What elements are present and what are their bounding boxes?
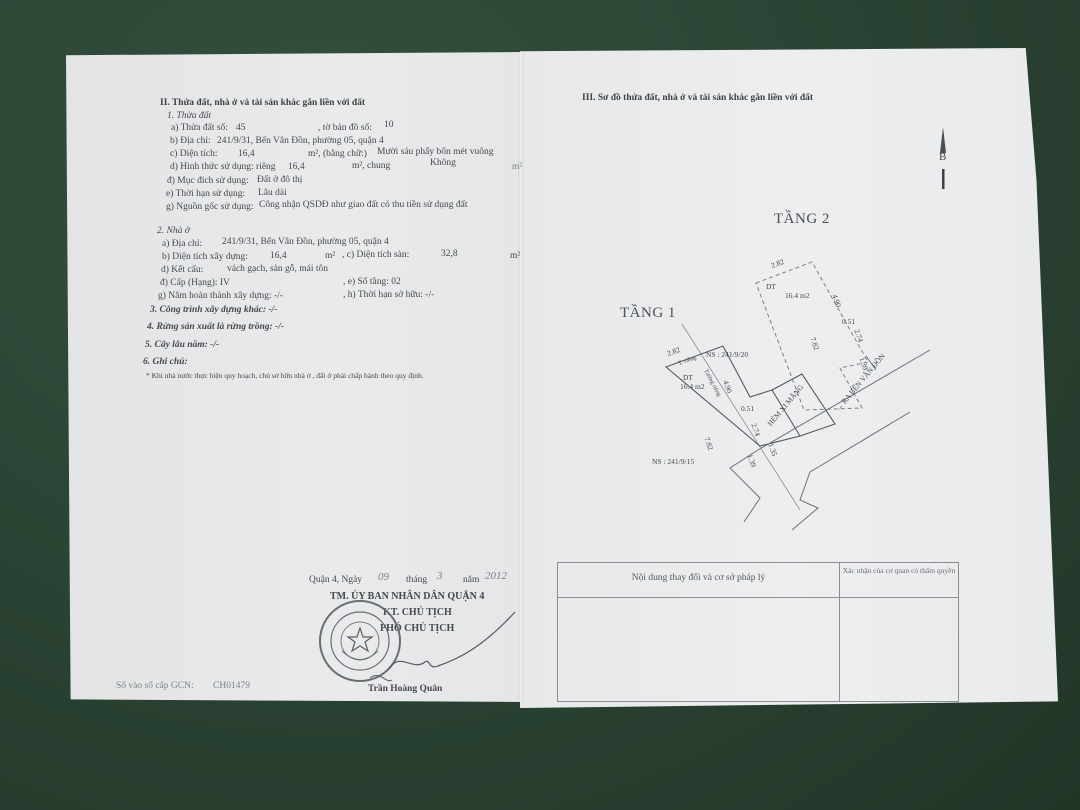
date-year: 2012 bbox=[485, 571, 507, 582]
north-label: B bbox=[939, 152, 946, 163]
floor1-dim-offset: 0.51 bbox=[741, 405, 754, 413]
neighbor-north: NS : 241/9/20 bbox=[706, 351, 748, 359]
floor1-area: 16.4 m2 bbox=[680, 383, 705, 391]
floor2-area: 16.4 m2 bbox=[785, 292, 810, 300]
house-heading: 2. Nhà ở bbox=[157, 227, 190, 237]
house-address-label: a) Địa chỉ: bbox=[162, 240, 202, 250]
date-day: 09 bbox=[378, 572, 389, 583]
house-grade: đ) Cấp (Hạng): IV bbox=[160, 279, 230, 289]
signer-name: Trần Hoàng Quân bbox=[368, 685, 442, 695]
usage-origin-label: g) Nguồn gốc sử dụng: bbox=[166, 203, 253, 213]
other-construction: 3. Công trình xây dựng khác: -/- bbox=[150, 306, 277, 316]
notes-text: * Khi nhà nước thực hiện quy hoạch, chủ … bbox=[146, 372, 424, 380]
land-area: 16,4 bbox=[238, 150, 255, 160]
land-address: 241/9/31, Bến Vân Đồn, phường 05, quận 4 bbox=[217, 137, 384, 147]
usage-origin: Công nhận QSDĐ như giao đất có thu tiền … bbox=[259, 201, 467, 211]
date-prefix: Quận 4, Ngày bbox=[309, 576, 362, 586]
land-purpose: Đất ở đô thị bbox=[257, 176, 302, 186]
floor2-area-code: DT bbox=[766, 283, 776, 291]
site-plan-diagram bbox=[560, 250, 960, 550]
changes-col-header: Nội dung thay đổi và cơ sở pháp lý bbox=[558, 573, 839, 583]
house-address: 241/9/31, Bến Vân Đồn, phường 05, quận 4 bbox=[222, 238, 389, 248]
floor2-dim-offset: 0.51 bbox=[842, 318, 855, 326]
map-sheet-label: , tờ bản đồ số: bbox=[318, 124, 372, 134]
alley-lines bbox=[730, 350, 930, 530]
land-address-label: b) Địa chỉ: bbox=[170, 137, 211, 147]
floor-area-label: , c) Diện tích sàn: bbox=[342, 251, 409, 261]
date-month-label: tháng bbox=[406, 576, 427, 586]
build-area-label: b) Diện tích xây dựng: bbox=[162, 253, 248, 263]
usage-common: Không bbox=[430, 159, 456, 169]
notes-heading: 6. Ghi chú: bbox=[143, 358, 188, 368]
section-iii-title: III. Sơ đồ thửa đất, nhà ở và tài sản kh… bbox=[582, 94, 813, 104]
structure-label: d) Kết cấu: bbox=[161, 266, 203, 276]
registry-label: Số vào sổ cấp GCN: bbox=[116, 682, 194, 692]
parcel-number: 45 bbox=[236, 124, 246, 134]
table-divider bbox=[839, 563, 840, 701]
usage-unit: m², chung bbox=[352, 162, 390, 172]
land-area-label: c) Diện tích: bbox=[170, 150, 217, 160]
signature-icon bbox=[330, 600, 530, 690]
confirmation-col-header: Xác nhận của cơ quan có thẩm quyền bbox=[840, 567, 958, 576]
land-heading: 1. Thửa đất bbox=[167, 112, 211, 122]
floor1-area-code: DT bbox=[683, 374, 693, 382]
usage-common-unit: m² bbox=[512, 163, 522, 173]
floor-count: , e) Số tầng: 02 bbox=[343, 278, 401, 288]
date-month: 3 bbox=[437, 571, 443, 582]
map-sheet-number: 10 bbox=[384, 121, 394, 131]
changes-table: Nội dung thay đổi và cơ sở pháp lý Xác n… bbox=[557, 562, 959, 702]
floor2-label: TẦNG 2 bbox=[774, 212, 830, 227]
production-forest: 4. Rừng sản xuất là rừng trồng: -/- bbox=[147, 323, 284, 333]
structure: vách gạch, sàn gỗ, mái tôn bbox=[227, 265, 328, 275]
usage-private-area: 16,4 bbox=[288, 163, 305, 173]
floor-area-unit: m² bbox=[510, 252, 520, 262]
section-ii-title: II. Thửa đất, nhà ở và tài sản khác gắn … bbox=[160, 99, 365, 109]
usage-form-label: d) Hình thức sử dụng: riêng bbox=[170, 163, 276, 173]
usage-term-label: e) Thời hạn sử dụng: bbox=[166, 190, 245, 200]
floor-area: 32,8 bbox=[441, 250, 458, 260]
ownership-term: , h) Thời hạn sở hữu: -/- bbox=[343, 291, 434, 301]
completion-year: g) Năm hoàn thành xây dựng: -/- bbox=[158, 292, 283, 302]
build-area: 16,4 bbox=[270, 252, 287, 262]
land-area-words: Mười sáu phẩy bốn mét vuông bbox=[377, 148, 494, 158]
neighbor-south: NS : 241/9/15 bbox=[652, 458, 694, 466]
perennial-trees: 5. Cây lâu năm: -/- bbox=[145, 341, 219, 351]
usage-term: Lâu dài bbox=[258, 189, 287, 199]
date-year-label: năm bbox=[463, 576, 479, 586]
land-area-unit: m², (bằng chữ:) bbox=[308, 150, 367, 160]
land-purpose-label: đ) Mục đích sử dụng: bbox=[167, 177, 249, 187]
registry-number: CH01479 bbox=[213, 682, 250, 692]
parcel-number-label: a) Thửa đất số: bbox=[171, 124, 228, 134]
build-area-unit: m² bbox=[325, 252, 335, 262]
